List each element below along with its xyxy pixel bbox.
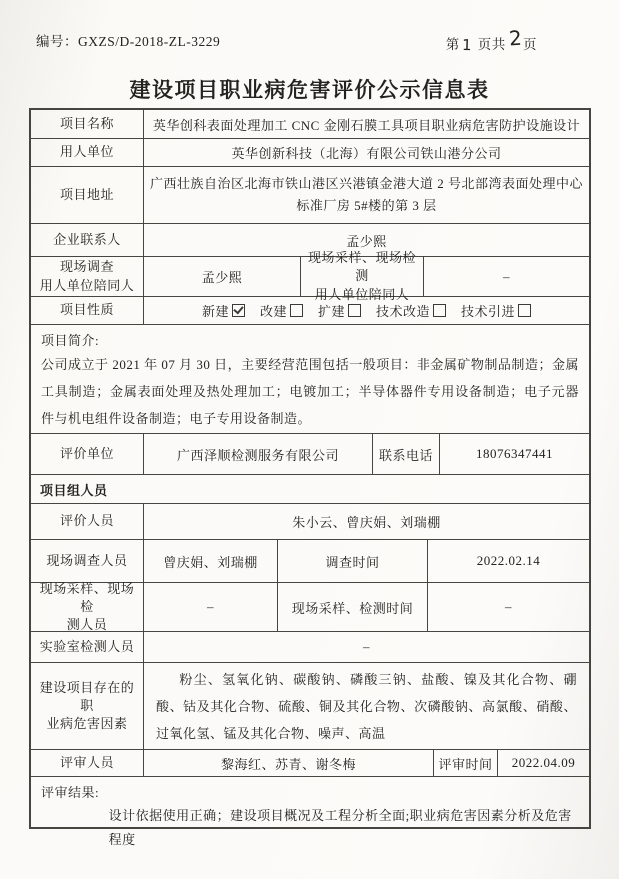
hazards-value: 粉尘、氢氧化钠、碳酸钠、磷酸三钠、盐酸、镍及其化合物、硼酸、钴及其化合物、硫酸、…	[150, 666, 583, 747]
row-project-intro: 项目简介: 公司成立于 2021 年 07 月 30 日，主要经营范围包括一般项…	[31, 325, 589, 434]
page-total-handwritten: 2	[508, 26, 523, 51]
scanned-document-page: 编号：GXZS/D-2018-ZL-3229 第1页共2页 建设项目职业病危害评…	[0, 0, 619, 879]
checkbox-empty-icon	[518, 304, 531, 317]
page-indicator: 第1页共2页	[446, 30, 537, 54]
review-time-label: 评审时间	[434, 750, 498, 776]
review-result-label: 评审结果:	[41, 782, 99, 801]
row-hazards: 建设项目存在的职 业病危害因素 粉尘、氢氧化钠、碳酸钠、磷酸三钠、盐酸、镍及其化…	[31, 663, 589, 750]
option-tech-upgrade: 技术改造	[376, 301, 446, 320]
row-companion: 现场调查 用人单位陪同人 孟少熙 现场采样、现场检测 用人单位陪同人 –	[31, 257, 589, 297]
review-result-cell: 评审结果: 设计依据使用正确；建设项目概况及工程分析全面;职业病危害因素分析及危…	[31, 777, 589, 827]
project-intro-label: 项目简介:	[41, 330, 99, 349]
team-section-header: 项目组人员	[31, 475, 589, 503]
project-intro-cell: 项目简介: 公司成立于 2021 年 07 月 30 日，主要经营范围包括一般项…	[31, 325, 589, 433]
employer-label: 用人单位	[31, 139, 144, 166]
document-title: 建设项目职业病危害评价公示信息表	[0, 74, 619, 104]
checkbox-empty-icon	[348, 304, 361, 317]
hazards-label: 建设项目存在的职 业病危害因素	[31, 663, 144, 749]
info-table: 项目名称 英华创科表面处理加工 CNC 金刚石膜工具项目职业病危害防护设施设计 …	[29, 108, 591, 829]
hazards-cell: 粉尘、氢氧化钠、碳酸钠、磷酸三钠、盐酸、镍及其化合物、硼酸、钴及其化合物、硫酸、…	[144, 663, 589, 749]
option-reconstruction: 改建	[260, 301, 303, 320]
evaluators-value: 朱小云、曾庆娟、刘瑞棚	[144, 504, 589, 539]
sampling-value: –	[144, 583, 278, 631]
page-suffix: 页	[523, 37, 537, 52]
reviewers-value: 黎海红、苏青、谢冬梅	[144, 750, 434, 776]
evaluators-label: 评价人员	[31, 504, 144, 539]
site-survey-label: 现场调查人员	[31, 540, 144, 582]
review-time-value: 2022.04.09	[498, 750, 589, 776]
row-evaluators: 评价人员 朱小云、曾庆娟、刘瑞棚	[31, 504, 589, 540]
row-team-header: 项目组人员	[31, 475, 589, 504]
option-expansion: 扩建	[318, 301, 361, 320]
row-lab: 实验室检测人员 –	[31, 632, 589, 663]
lab-value: –	[144, 632, 589, 662]
sampling-companion-label: 现场采样、现场检测 用人单位陪同人	[301, 257, 424, 296]
row-eval-org: 评价单位 广西泽顺检测服务有限公司 联系电话 18076347441	[31, 434, 589, 475]
sampling-time-label: 现场采样、检测时间	[278, 583, 428, 631]
lab-label: 实验室检测人员	[31, 632, 144, 662]
option-new-construction: 新建	[202, 301, 245, 320]
reviewers-label: 评审人员	[31, 750, 144, 776]
project-name-value: 英华创科表面处理加工 CNC 金刚石膜工具项目职业病危害防护设施设计	[144, 110, 589, 138]
row-project-nature: 项目性质 新建 改建 扩建 技术改造 技术引进	[31, 297, 589, 325]
eval-org-label: 评价单位	[31, 434, 144, 474]
checkbox-empty-icon	[290, 304, 303, 317]
option-tech-import: 技术引进	[461, 301, 531, 320]
survey-companion-value: 孟少熙	[144, 257, 301, 296]
row-reviewers: 评审人员 黎海红、苏青、谢冬梅 评审时间 2022.04.09	[31, 750, 589, 777]
phone-value: 18076347441	[440, 434, 589, 474]
row-sampling: 现场采样、现场检 测人员 – 现场采样、检测时间 –	[31, 583, 589, 632]
sampling-companion-value: –	[424, 257, 589, 296]
row-review-result: 评审结果: 设计依据使用正确；建设项目概况及工程分析全面;职业病危害因素分析及危…	[31, 777, 589, 827]
survey-time-label: 调查时间	[278, 540, 428, 582]
eval-org-value: 广西泽顺检测服务有限公司	[144, 434, 373, 474]
row-site-survey: 现场调查人员 曾庆娟、刘瑞棚 调查时间 2022.02.14	[31, 540, 589, 583]
doc-number-value: GXZS/D-2018-ZL-3229	[78, 34, 220, 49]
site-survey-value: 曾庆娟、刘瑞棚	[144, 540, 278, 582]
review-result-text: 设计依据使用正确；建设项目概况及工程分析全面;职业病危害因素分析及危害程度	[41, 804, 579, 852]
project-intro-text: 公司成立于 2021 年 07 月 30 日，主要经营范围包括一般项目：非金属矿…	[41, 351, 579, 432]
phone-label: 联系电话	[373, 434, 440, 474]
sampling-time-value: –	[428, 583, 589, 631]
address-label: 项目地址	[31, 167, 144, 223]
contact-label: 企业联系人	[31, 224, 144, 256]
checkbox-checked-icon	[232, 304, 245, 317]
row-employer: 用人单位 英华创新科技（北海）有限公司铁山港分公司	[31, 139, 589, 167]
project-nature-label: 项目性质	[31, 297, 144, 324]
page-middle: 页共	[478, 37, 506, 52]
address-value: 广西壮族自治区北海市铁山港区兴港镇金港大道 2 号北部湾表面处理中心标准厂房 5…	[144, 167, 589, 223]
checkbox-empty-icon	[433, 304, 446, 317]
survey-companion-label: 现场调查 用人单位陪同人	[31, 257, 144, 296]
employer-value: 英华创新科技（北海）有限公司铁山港分公司	[144, 139, 589, 166]
document-header: 编号：GXZS/D-2018-ZL-3229 第1页共2页	[36, 30, 583, 54]
doc-number: 编号：GXZS/D-2018-ZL-3229	[36, 30, 220, 50]
sampling-label: 现场采样、现场检 测人员	[31, 583, 144, 631]
page-prefix: 第	[446, 37, 460, 52]
page-current-handwritten: 1	[461, 36, 472, 54]
project-name-label: 项目名称	[31, 110, 144, 138]
row-project-name: 项目名称 英华创科表面处理加工 CNC 金刚石膜工具项目职业病危害防护设施设计	[31, 110, 589, 139]
project-nature-options: 新建 改建 扩建 技术改造 技术引进	[144, 297, 589, 324]
survey-time-value: 2022.02.14	[428, 540, 589, 582]
row-address: 项目地址 广西壮族自治区北海市铁山港区兴港镇金港大道 2 号北部湾表面处理中心标…	[31, 167, 589, 224]
doc-number-label: 编号：	[36, 34, 78, 49]
